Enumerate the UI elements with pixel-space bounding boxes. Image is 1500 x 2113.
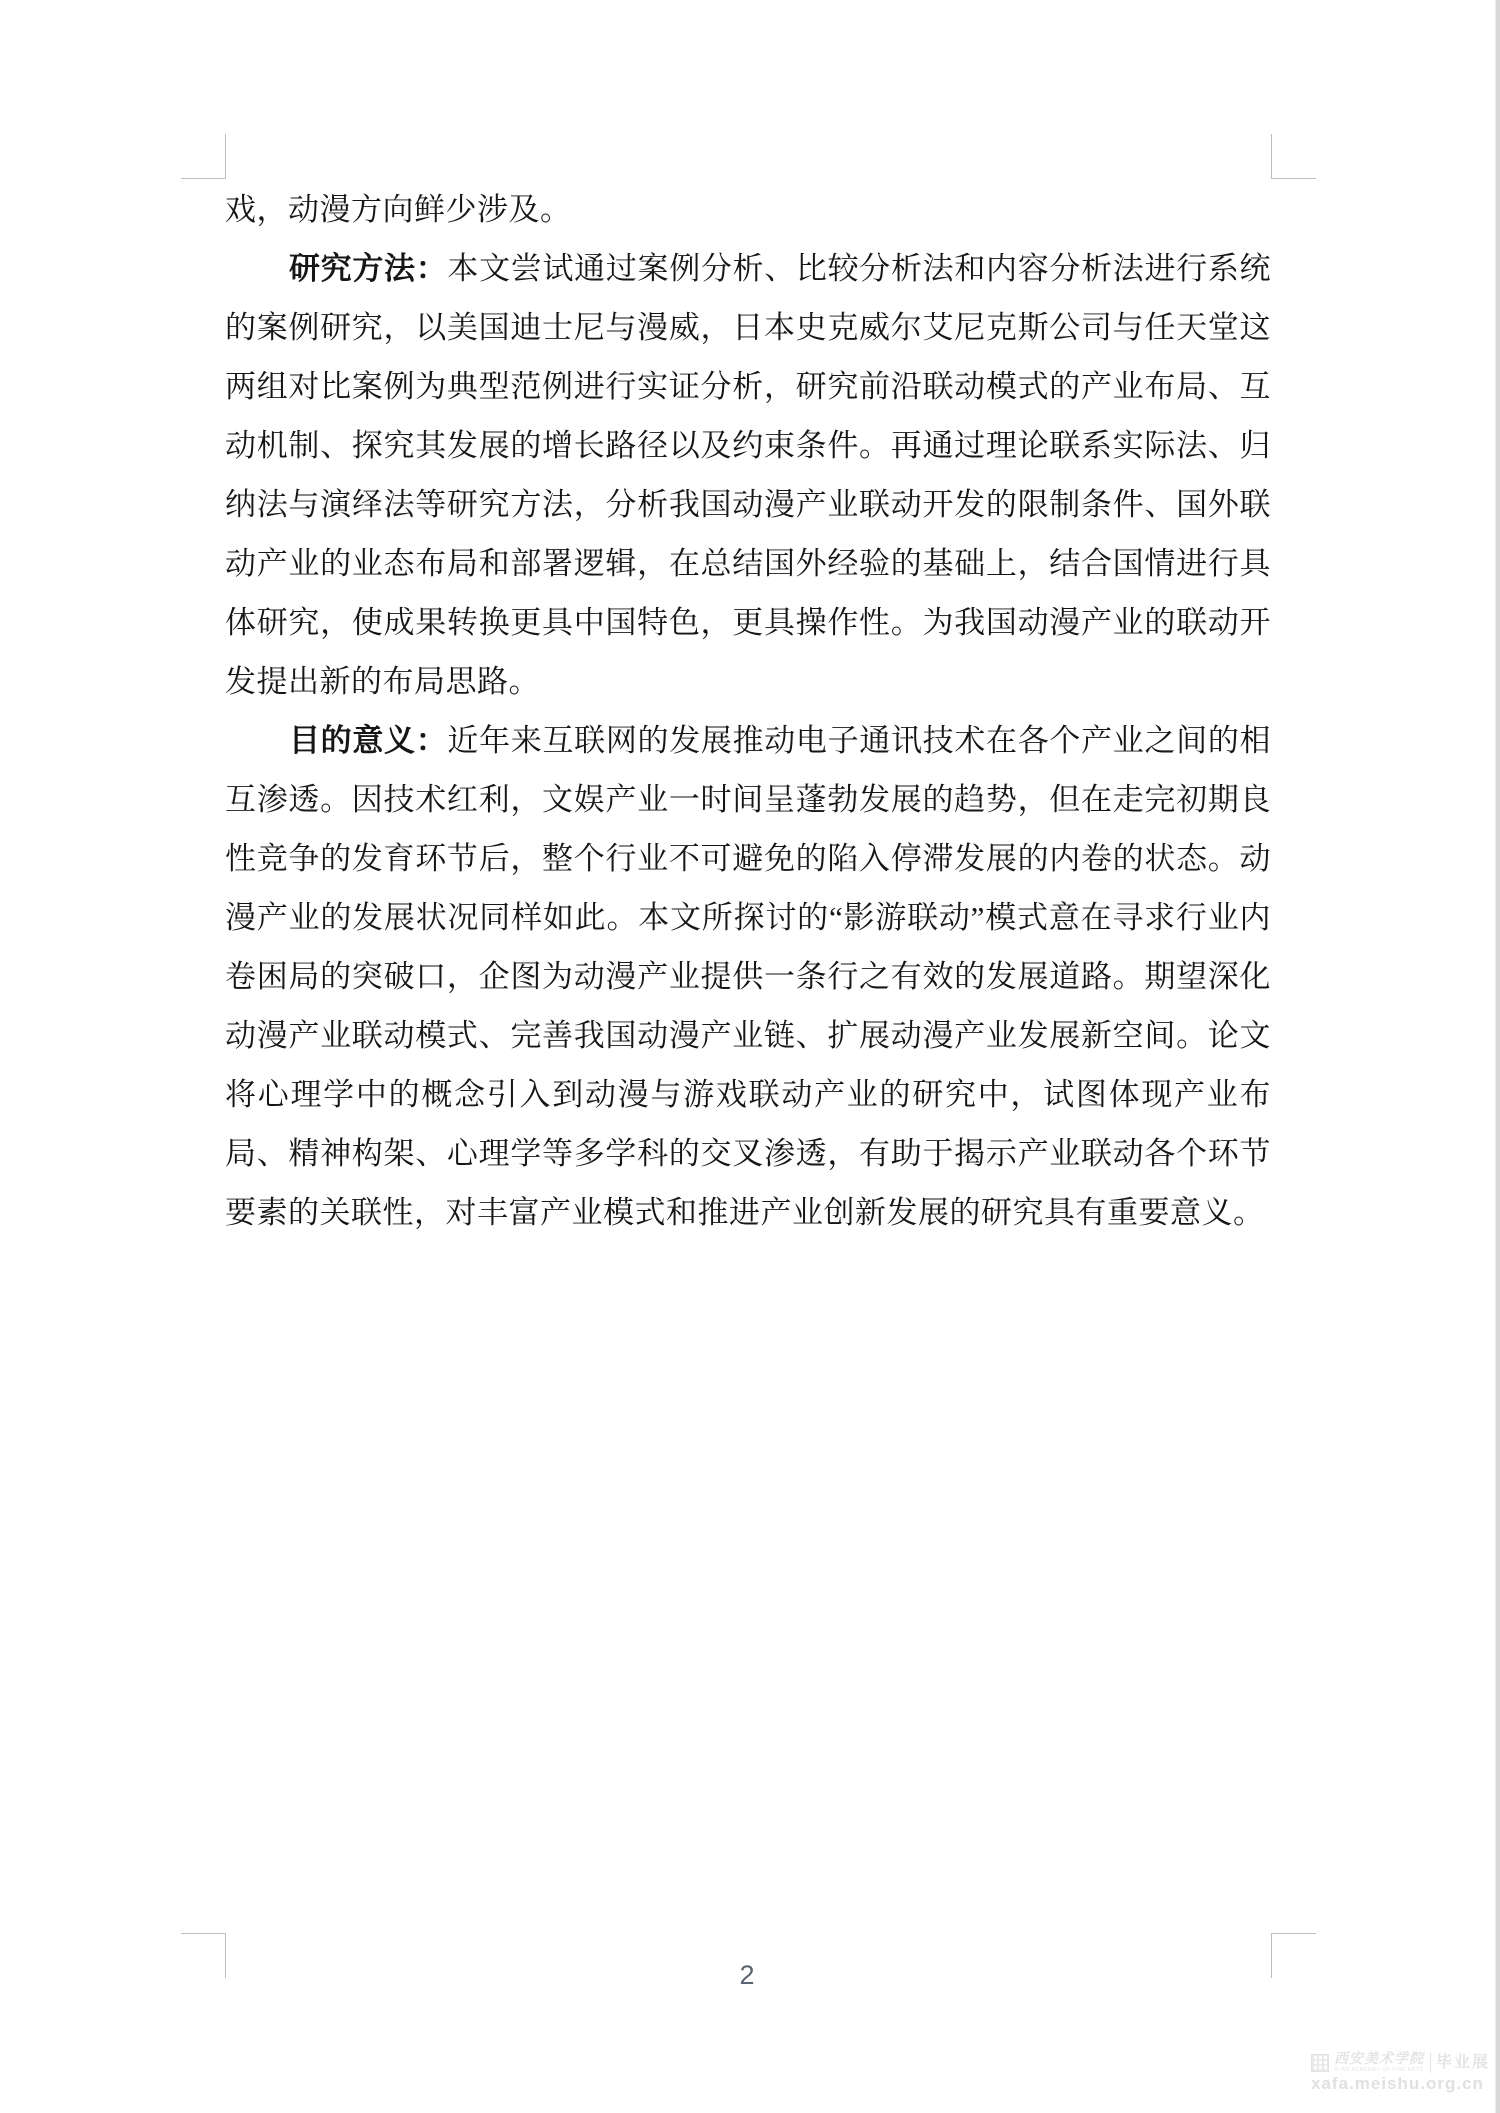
- paragraph-text: 本文尝试通过案例分析、比较分析法和内容分析法进行系统的案例研究，以美国迪士尼与漫…: [225, 251, 1271, 699]
- site-watermark: 西安美术学院 XI'AN ACADEMY OF FINE ARTS 毕业展 xa…: [1311, 2052, 1490, 2093]
- page-right-edge-strip: [1495, 0, 1500, 2113]
- watermark-divider: [1430, 2053, 1431, 2073]
- paragraph-text: 近年来互联网的发展推动电子通讯技术在各个产业之间的相互渗透。因技术红利，文娱产业…: [225, 723, 1271, 1230]
- watermark-academy-name-en: XI'AN ACADEMY OF FINE ARTS: [1334, 2067, 1424, 2073]
- paragraph-text: 戏，动漫方向鲜少涉及。: [225, 192, 572, 227]
- margin-crop-mark-top-right-icon: [1271, 134, 1316, 179]
- watermark-brand-row: 西安美术学院 XI'AN ACADEMY OF FINE ARTS 毕业展: [1311, 2052, 1490, 2074]
- page-number: 2: [0, 1960, 1494, 1991]
- document-page: { "page": { "number": "2" }, "document":…: [0, 0, 1500, 2113]
- abstract-text-body: 戏，动漫方向鲜少涉及。 研究方法：本文尝试通过案例分析、比较分析法和内容分析法进…: [225, 180, 1271, 1242]
- watermark-academy-logo-icon: [1311, 2054, 1329, 2072]
- paragraph-continuation: 戏，动漫方向鲜少涉及。: [225, 180, 1271, 239]
- paragraph-lead-label: 目的意义：: [289, 723, 447, 758]
- watermark-academy-names: 西安美术学院 XI'AN ACADEMY OF FINE ARTS: [1334, 2052, 1424, 2074]
- margin-crop-mark-top-left-icon: [181, 134, 226, 179]
- paragraph-research-method: 研究方法：本文尝试通过案例分析、比较分析法和内容分析法进行系统的案例研究，以美国…: [225, 239, 1271, 711]
- watermark-url: xafa.meishu.org.cn: [1311, 2075, 1490, 2093]
- paragraph-lead-label: 研究方法：: [289, 251, 447, 286]
- watermark-academy-name-cn: 西安美术学院: [1334, 2053, 1424, 2067]
- watermark-exhibition-label: 毕业展: [1436, 2052, 1490, 2074]
- paragraph-purpose-significance: 目的意义：近年来互联网的发展推动电子通讯技术在各个产业之间的相互渗透。因技术红利…: [225, 711, 1271, 1242]
